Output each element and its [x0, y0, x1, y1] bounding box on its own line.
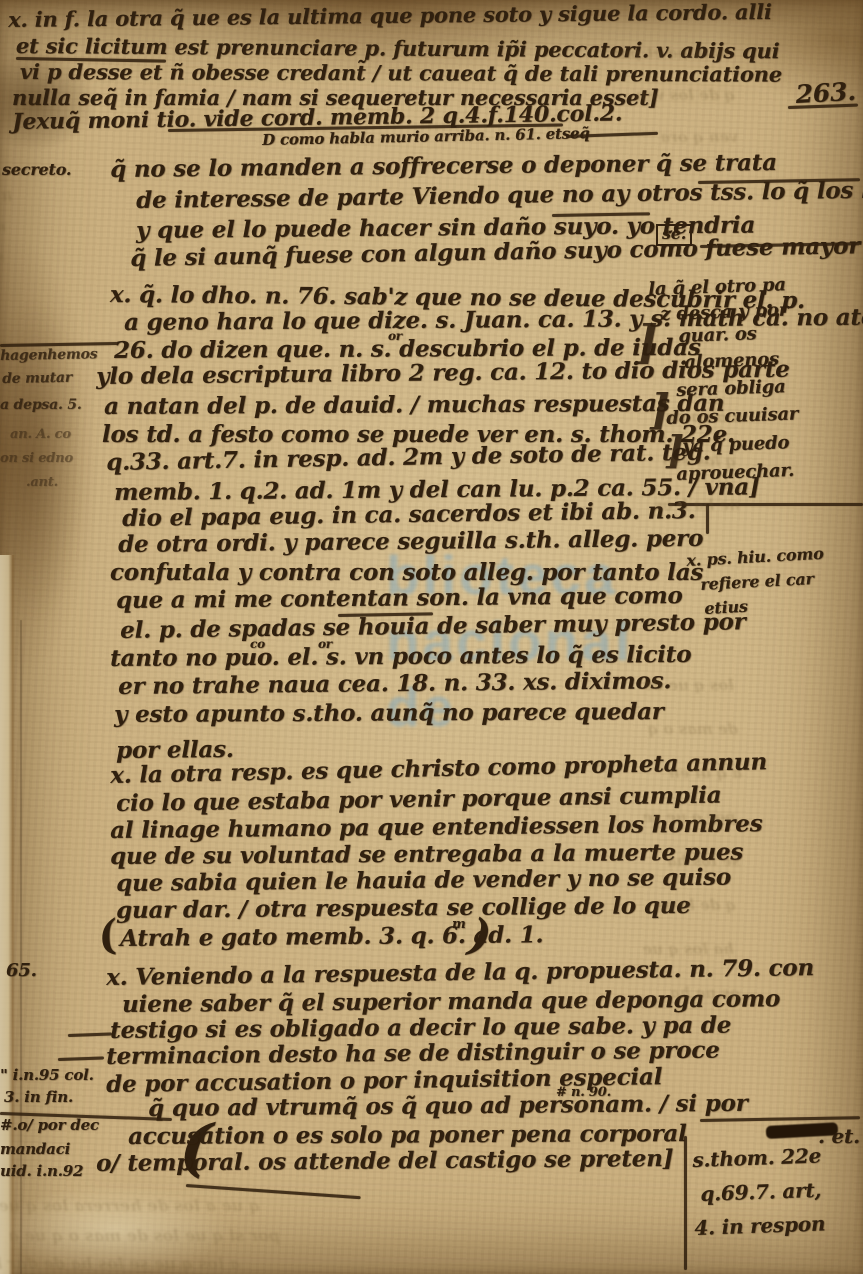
margin-note: 3. in fin.: [4, 1090, 73, 1106]
bleed-through-text: ven q ora: [660, 128, 738, 146]
manuscript-line: y esto apunto s.tho. aunq̃ no parece que…: [114, 700, 664, 727]
margin-note: an. A. co: [10, 428, 71, 442]
margin-note: uid. i.n.92: [0, 1164, 83, 1180]
ink-rule: [58, 1056, 104, 1061]
citation-note: s.thom. 22e: [692, 1146, 821, 1171]
bleed-through-text: it a: [0, 190, 12, 205]
margin-note: secreto.: [2, 162, 71, 179]
margin-note: x. ps. hiu. como: [686, 546, 824, 570]
manuscript-line: a natan del p. de dauid. / muchas respue…: [104, 392, 724, 419]
manuscript-line: confutala y contra con soto alleg. por t…: [110, 561, 703, 585]
ink-rule: [20, 620, 22, 1274]
manuscript-line: q̃ no se lo manden a soffrecerse o depon…: [110, 151, 777, 182]
bleed-through-text: m g o: [0, 220, 6, 235]
bleed-through-text: ha los q ue: [643, 940, 734, 958]
manuscript-line: x. in f. la otra q̃ ue es la ultima que …: [8, 1, 772, 31]
bleed-through-text: a los q ue se los ha de dar los: [0, 1254, 240, 1273]
superscript-note: or: [318, 638, 332, 651]
margin-note: a depsa. 5.: [0, 398, 82, 413]
bleed-through-text: por q ue se: [643, 808, 736, 826]
bleed-through-text: de mas o q: [648, 720, 738, 738]
manuscript-line: q̃ quo ad vtrumq̃ os q̃ quo ad personam.…: [148, 1092, 748, 1121]
manuscript-line: er no trahe naua cea. 18. n. 33. xs. dix…: [118, 669, 671, 699]
margin-note: de mutar: [2, 371, 72, 387]
manuscript-line: de interesse de parte Viendo que no ay o…: [136, 178, 863, 213]
margin-note: on si edno: [0, 452, 73, 466]
margin-note: " i.n.95 col.: [0, 1068, 94, 1084]
bleed-through-text: se los ha: [667, 852, 740, 870]
bleed-through-text: los q ue de: [643, 676, 734, 694]
ink-rule: [700, 1116, 860, 1122]
bleed-through-text: os ne ha: [670, 984, 740, 1002]
margin-note: hagenhemos: [0, 347, 97, 363]
superscript-note: m: [452, 918, 466, 932]
bleed-through-text: ne ha b os: [654, 496, 740, 514]
manuscript-line: guar dar. / otra respuesta se collige de…: [116, 894, 691, 923]
ink-rule: [684, 1136, 687, 1270]
bleed-through-text: q los eso: [663, 452, 736, 470]
ink-rule: [68, 1032, 112, 1037]
manuscript-scan: blioteca nacional de x. in f. la otra q̃…: [0, 0, 863, 1274]
manuscript-line: de otra ordi. y parece seguilla s.th. al…: [118, 527, 703, 557]
bleed-through-text: por si q ue los de mas o q ue a: [8, 1226, 280, 1245]
margin-note: #.o/ por dec: [0, 1118, 99, 1134]
margin-note: guar. os: [678, 325, 757, 347]
bleed-through-text: a q ui en: [669, 764, 742, 782]
manuscript-line: que a mi me contentan son. la vna que co…: [116, 584, 683, 613]
manuscript-line: el. p. de spadas se houia de saber muy p…: [120, 610, 746, 643]
manuscript-line: o/ temporal. os attende del castigo se p…: [96, 1147, 673, 1176]
bleed-through-text: q de los ven: [636, 86, 736, 104]
citation-note: 4. in respon: [694, 1213, 826, 1239]
superscript-note: # n. 90.: [556, 1086, 611, 1100]
superscript-note: co: [250, 638, 265, 651]
manuscript-line: vi p desse et ñ obesse credant̃ / ut cau…: [20, 61, 782, 86]
margin-note: mandaci: [0, 1142, 70, 1158]
bleed-through-text: so. a: [0, 250, 4, 265]
citation-note: q.69.7. art,: [700, 1180, 822, 1205]
bleed-through-text: a o ap ne: [666, 408, 742, 426]
superscript-note: or: [388, 330, 402, 343]
margin-note: .ant.: [26, 476, 58, 490]
bleed-through-text: q ue a los de herrera los q ue no: [0, 1196, 260, 1215]
bleed-through-text: q de lo os: [656, 896, 736, 914]
margin-note: refiere el car: [700, 571, 814, 594]
bleed-through-text: som na et par: [613, 44, 728, 62]
